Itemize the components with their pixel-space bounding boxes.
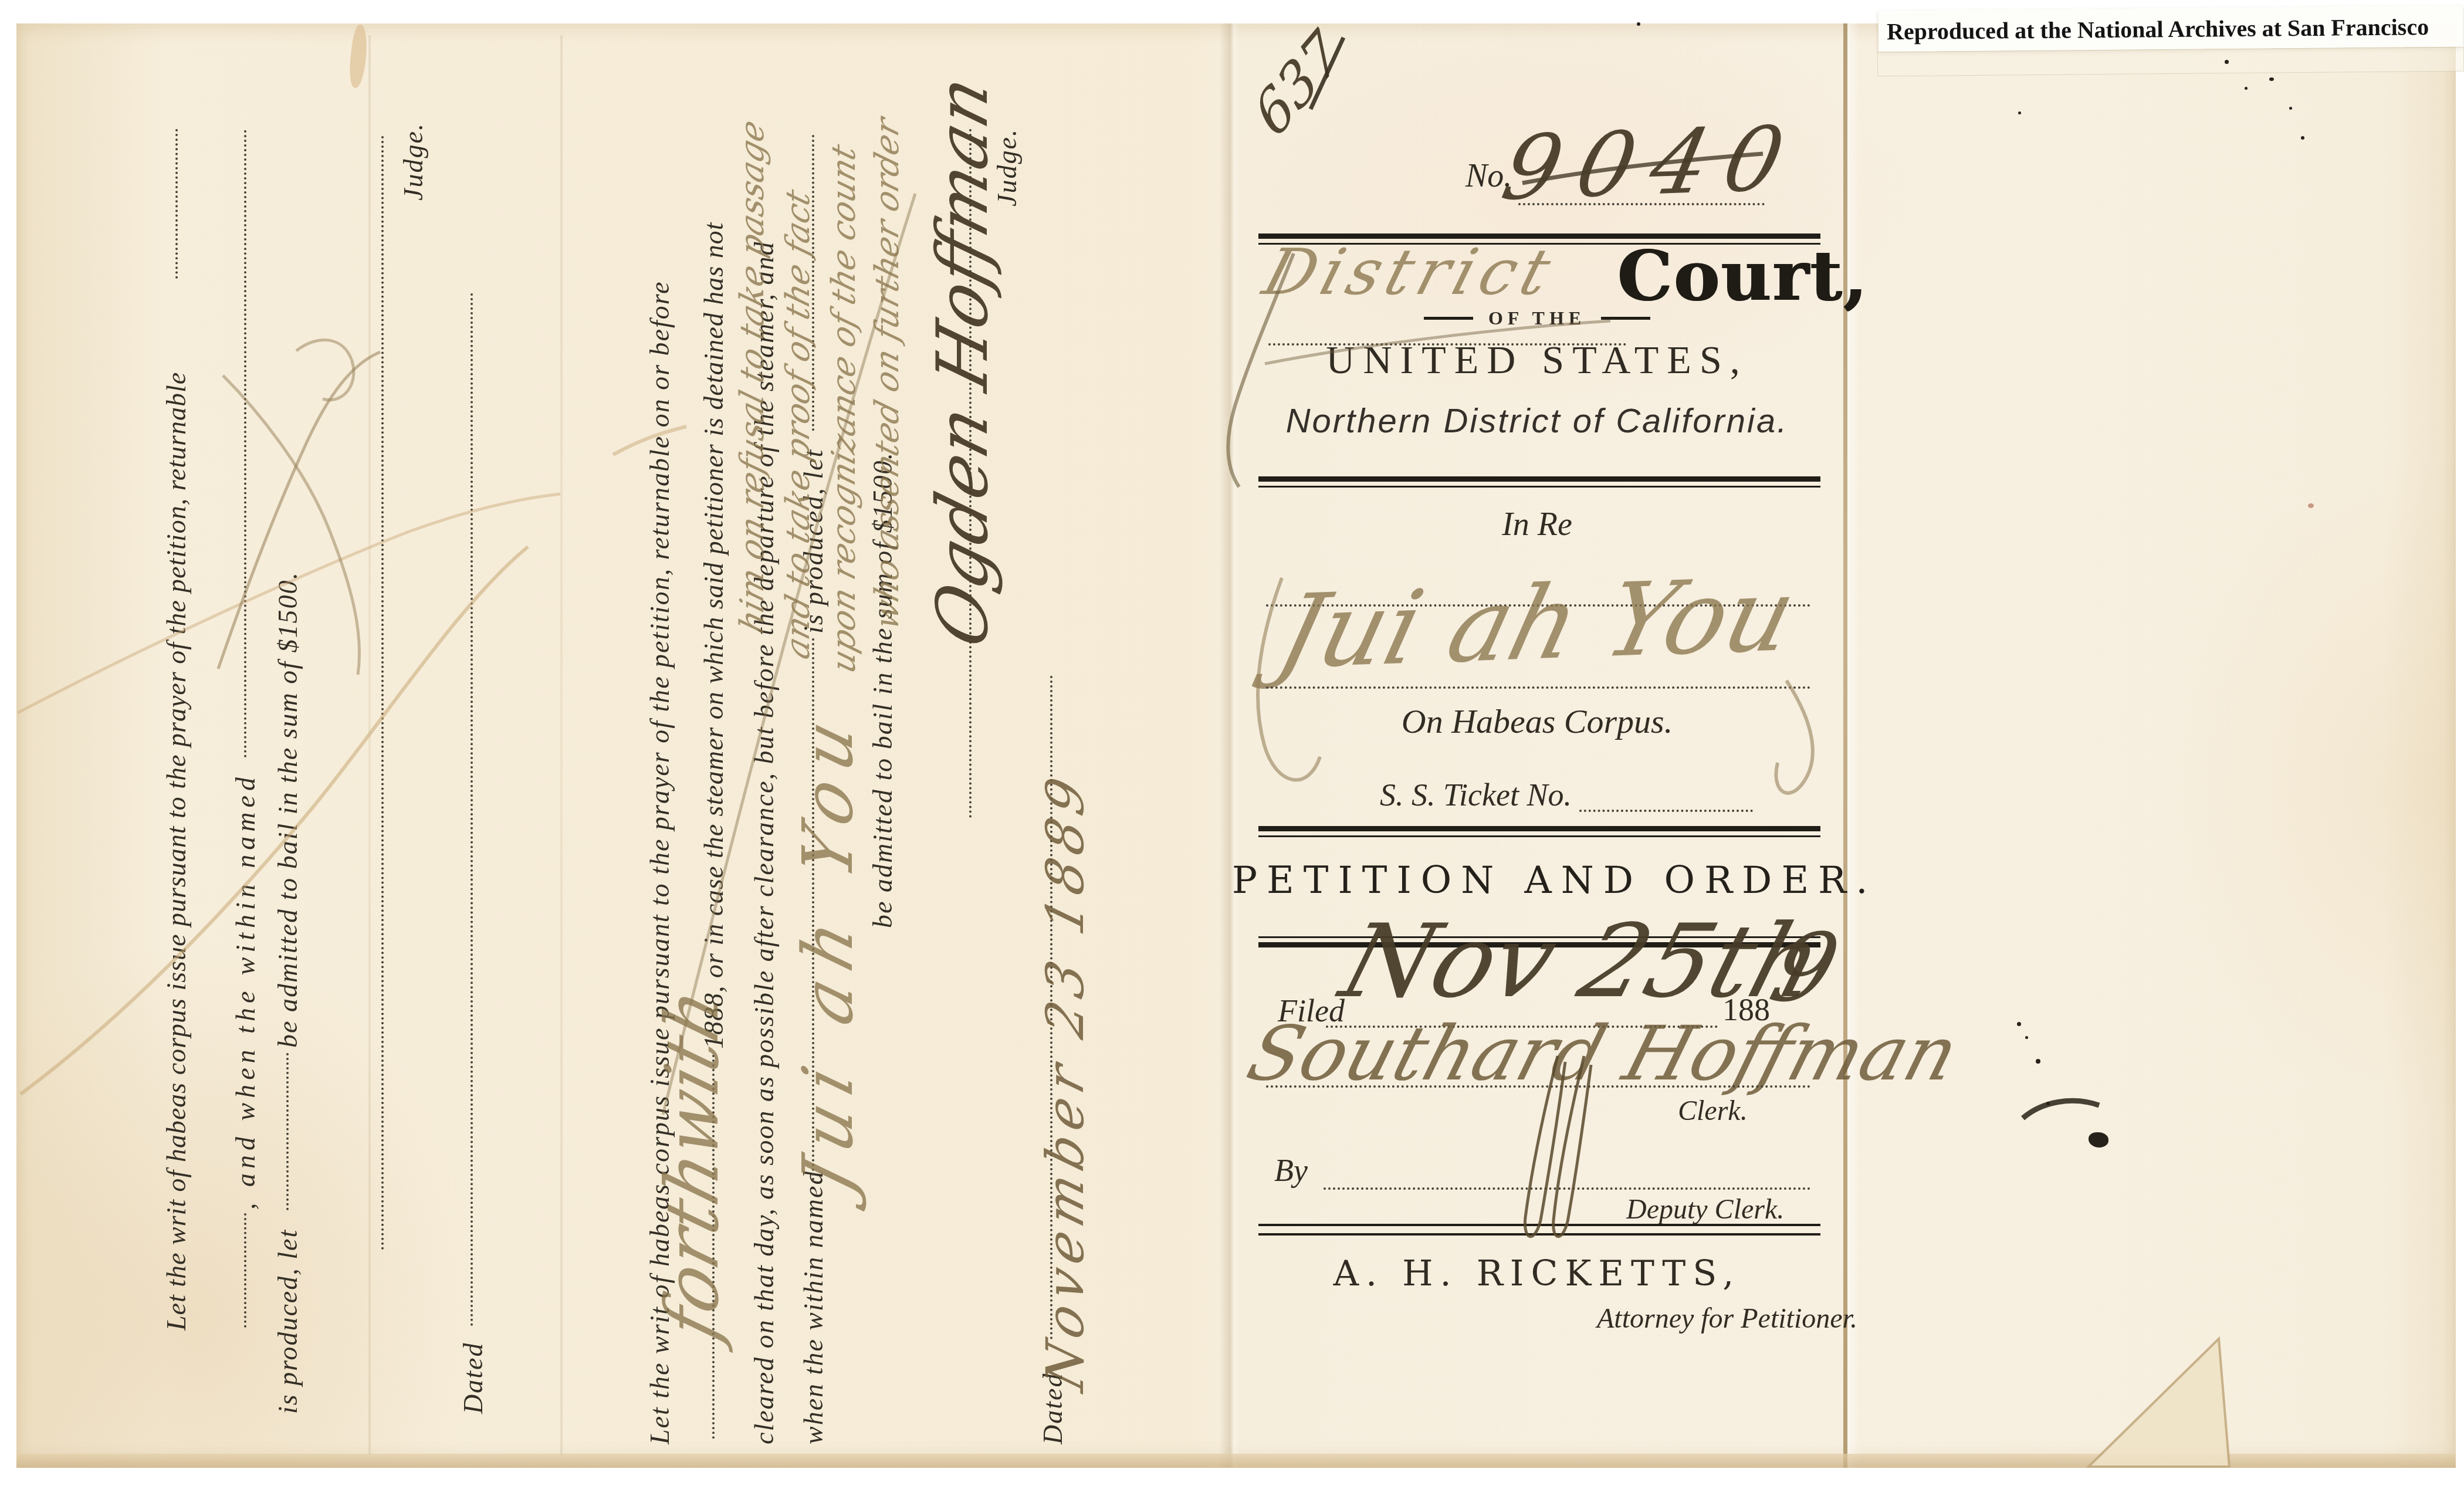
ink-speck xyxy=(2018,111,2021,114)
fold-shadow xyxy=(1219,23,1239,1468)
rule xyxy=(1258,1233,1820,1236)
judge-signature: Ogden Hoffman xyxy=(922,67,1004,656)
handwriting-court-type: District xyxy=(1255,236,1564,309)
by-label: By xyxy=(1274,1152,1308,1189)
dotted-leader xyxy=(244,1213,246,1328)
ink-speck xyxy=(1637,22,1640,26)
ink-speck xyxy=(2245,87,2248,90)
ink-speck xyxy=(2269,77,2274,81)
dotted-leader xyxy=(244,130,246,758)
ink-speck xyxy=(2301,136,2304,140)
handwriting-petitioner-name: Jui ah You xyxy=(787,699,868,1201)
rule xyxy=(1258,826,1820,837)
tape-strip xyxy=(1877,47,2464,77)
handwriting-annotation: and to take proof of the fact xyxy=(779,185,817,664)
clerk-signature: Southard Hoffman xyxy=(1238,1010,1968,1098)
order1-line3a: is produced, let xyxy=(272,1229,303,1414)
order1-line3b: be admitted to bail in the sum of $1500. xyxy=(272,571,303,1048)
rule-dash xyxy=(1601,317,1650,320)
in-re-label: In Re xyxy=(1232,506,1842,543)
ink-speck xyxy=(2025,1036,2028,1039)
handwriting-filed-date: Nov 25th xyxy=(1329,902,1835,1020)
ink-speck xyxy=(2225,60,2229,64)
dotted-leader xyxy=(175,129,178,279)
attorney-name: A. H. RICKETTS, xyxy=(1232,1253,1842,1294)
order1-dated-label: Dated xyxy=(458,1342,489,1414)
rule xyxy=(1258,476,1820,488)
deputy-clerk-label: Deputy Clerk. xyxy=(1626,1193,1784,1226)
of-the-row: OF THE xyxy=(1232,307,1842,329)
ink-speck xyxy=(2017,1022,2021,1026)
habeas-corpus-line: On Habeas Corpus. xyxy=(1232,702,1842,741)
ink-speck xyxy=(2289,107,2292,110)
handwriting-dated-value: November 23 1889 xyxy=(1035,764,1095,1397)
order2-line2: 1888, or in case the steamer on which sa… xyxy=(698,222,729,1049)
dotted-leader xyxy=(286,1053,289,1210)
clerk-label: Clerk. xyxy=(1678,1095,1748,1127)
ink-speck xyxy=(2036,1059,2040,1064)
rule xyxy=(1258,1224,1820,1226)
vertical-crease xyxy=(368,35,371,1455)
archives-stamp: Reproduced at the National Archives at S… xyxy=(1879,6,2463,52)
order2-line4a: when the within named xyxy=(798,1170,829,1444)
clerk-signature-line xyxy=(1266,1085,1810,1088)
vertical-crease xyxy=(560,35,563,1455)
handwriting-annotation: upon recognizance of the count xyxy=(825,140,863,678)
document-title: PETITION AND ORDER. xyxy=(1232,859,1842,902)
district-line: Northern District of California. xyxy=(1232,401,1842,441)
rule-dash xyxy=(1424,317,1473,320)
united-states-line: UNITED STATES, xyxy=(1232,337,1842,383)
stain-speck xyxy=(2308,503,2314,508)
handwriting-annotation: who assented on further order xyxy=(868,113,906,634)
handwriting-petitioner-name-cover: Jui ah You xyxy=(1223,553,1851,693)
order1-judge-label: Judge. xyxy=(398,123,429,201)
handwriting-case-number: 9040 xyxy=(1494,107,1810,221)
scanned-document: Let the writ of habeas corpus issue purs… xyxy=(0,0,2464,1496)
name-dotted-line xyxy=(1266,686,1810,689)
attorney-label: Attorney for Petitioner. xyxy=(1597,1302,1857,1335)
judge-signature-line xyxy=(381,136,384,1251)
order1-line1: Let the writ of habeas corpus issue purs… xyxy=(161,372,192,1331)
deputy-dotted-line xyxy=(1324,1187,1810,1190)
dated-line xyxy=(471,293,473,1327)
paper-bottom-edge xyxy=(16,1454,2456,1468)
of-the-label: OF THE xyxy=(1488,307,1586,329)
ticket-dotted-line xyxy=(1579,810,1753,812)
court-word: Court, xyxy=(1617,235,1868,316)
ink-speck xyxy=(2046,1102,2050,1105)
handwriting-returnable-value: forthwith xyxy=(650,979,735,1349)
handwriting-annotation: him on refusal to take passage xyxy=(733,116,771,638)
ink-blot xyxy=(2089,1132,2108,1148)
ticket-label: S. S. Ticket No. xyxy=(1380,777,1572,813)
order1-line2: , and when the within named xyxy=(230,773,261,1210)
archives-stamp-text: Reproduced at the National Archives at S… xyxy=(1887,13,2429,45)
